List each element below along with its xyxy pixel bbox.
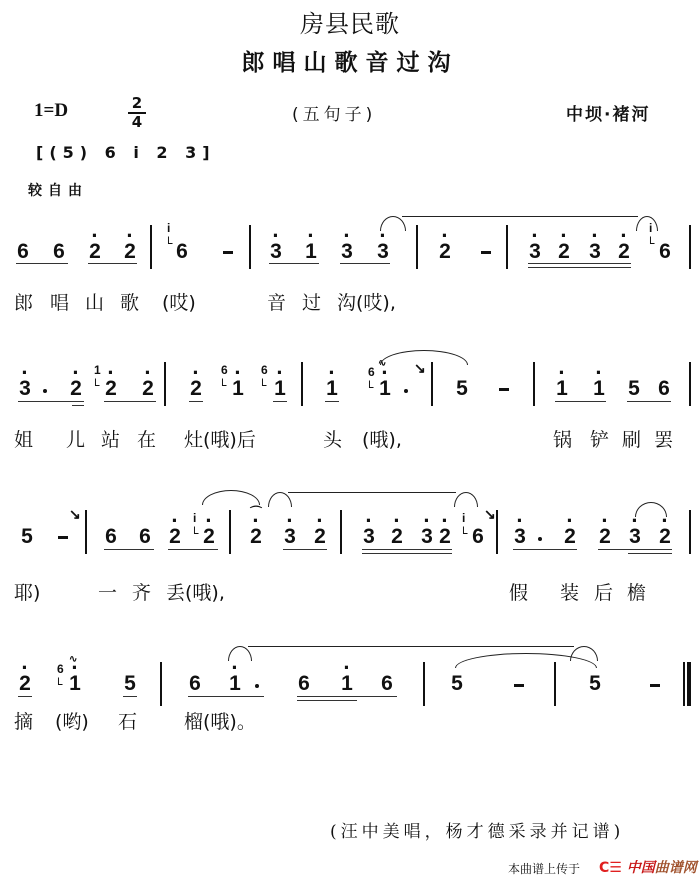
note: 6 (657, 377, 671, 401)
logo-name-b: 曲谱网 (655, 860, 697, 876)
note: 5 (588, 672, 602, 696)
lyric: 在 (137, 425, 156, 452)
note: 3 (376, 240, 390, 264)
tempo-marking: 较自由 (28, 180, 88, 200)
note: 3 (588, 240, 602, 264)
time-signature: 2 4 (128, 96, 146, 130)
note: 5 (450, 672, 464, 696)
grace-note: iᒪ (193, 512, 199, 538)
note: 5 (627, 377, 641, 401)
song-form: (五句子) (292, 100, 376, 125)
note: 1 (304, 240, 318, 264)
grace-note: 6ᒪ (368, 366, 375, 392)
note: 1 (273, 377, 287, 401)
lyric: 山 (85, 288, 104, 315)
note: 6 (297, 672, 311, 696)
lyric: 石 (118, 707, 137, 734)
lyric: 后 (594, 578, 613, 605)
lyric: 灶(哦)后 (184, 425, 256, 452)
note: 2 (123, 240, 137, 264)
glide-arrow-icon: ↘ (484, 508, 496, 520)
lyric: 过 (302, 288, 321, 315)
lyric: 铲 (590, 425, 609, 452)
note: 6 (658, 240, 672, 264)
upload-text: 本曲谱上传于 (508, 860, 580, 877)
sustain-dash (58, 536, 68, 539)
note: 2 (88, 240, 102, 264)
note: 1 (378, 377, 392, 401)
note: 3 (269, 240, 283, 264)
grace-note: 1ᒪ (94, 364, 101, 390)
note: 2 (617, 240, 631, 264)
lyric: 榴(哦)。 (184, 707, 256, 734)
note: 6 (138, 525, 152, 549)
note: 3 (420, 525, 434, 549)
lyric: 音 (267, 288, 286, 315)
note: 3 (283, 525, 297, 549)
time-bottom: 4 (132, 113, 142, 131)
lyric: 假 (509, 578, 528, 605)
origin-place: 中坝·褚河 (566, 100, 650, 125)
note: 6 (52, 240, 66, 264)
lyric: (哟) (55, 707, 89, 734)
grace-note: iᒪ (167, 222, 173, 248)
note: 3 (362, 525, 376, 549)
grace-note: 6ᒪ (261, 364, 268, 390)
note: 1 (555, 377, 569, 401)
note: 2 (390, 525, 404, 549)
grace-note: iᒪ (462, 512, 468, 538)
lyric: 檐 (627, 578, 646, 605)
note: 2 (249, 525, 263, 549)
note: 2 (104, 377, 118, 401)
note: 2 (313, 525, 327, 549)
lyric: (哦), (362, 425, 402, 452)
key-signature: 1=D (34, 100, 68, 122)
note: 5 (123, 672, 137, 696)
note: 6 (175, 240, 189, 264)
note: 6 (104, 525, 118, 549)
grace-note: 6ᒪ (57, 663, 64, 689)
note: 2 (563, 525, 577, 549)
note: 3 (513, 525, 527, 549)
note: 5 (455, 377, 469, 401)
note: 2 (557, 240, 571, 264)
intro-phrase: [(5) 6 i 2 3] (36, 143, 216, 162)
lyric: 歌 (120, 288, 139, 315)
glide-arrow-icon: ↘ (414, 362, 426, 374)
site-logo[interactable]: C☰ 中国曲谱网 (599, 857, 697, 877)
lyric: 刷 (622, 425, 641, 452)
note: 1 (340, 672, 354, 696)
note: 1 (592, 377, 606, 401)
note: 6 (380, 672, 394, 696)
note: 6 (471, 525, 485, 549)
lyric: 姐 (14, 425, 33, 452)
sustain-dash (514, 684, 524, 687)
credit-text: (汪中美唱，杨才德采录并记谱) (330, 817, 624, 842)
lyric: 沟(哎), (337, 288, 396, 315)
note: 1 (231, 377, 245, 401)
song-title: 郎唱山歌音过沟 (0, 44, 700, 77)
note: 2 (202, 525, 216, 549)
note: 3 (528, 240, 542, 264)
lyric: 站 (101, 425, 120, 452)
sustain-dash (499, 388, 509, 391)
grace-note: iᒪ (649, 222, 655, 248)
note: 2 (598, 525, 612, 549)
note: 2 (141, 377, 155, 401)
lyric: (哎) (162, 288, 196, 315)
note: 5 (20, 525, 34, 549)
lyric: 郎 (14, 288, 33, 315)
note: 3 (18, 377, 32, 401)
note: 3 (628, 525, 642, 549)
sustain-dash (481, 251, 491, 254)
note: 1 (325, 377, 339, 401)
note: 6 (188, 672, 202, 696)
lyric: 罢 (654, 425, 673, 452)
lyric: 儿 (66, 425, 85, 452)
logo-icon: C☰ (599, 860, 622, 876)
note: 2 (18, 672, 32, 696)
lyric: 丢(哦), (166, 578, 225, 605)
sustain-dash (223, 251, 233, 254)
lyric: 一 (98, 578, 117, 605)
note: 2 (438, 525, 452, 549)
lyric: 锅 (553, 425, 572, 452)
time-top: 2 (132, 94, 142, 112)
note: 1 (68, 672, 82, 696)
note: 1 (228, 672, 242, 696)
lyric: 耶) (14, 578, 40, 605)
lyric: 摘 (14, 707, 33, 734)
lyric: 头 (323, 425, 342, 452)
note: 2 (189, 377, 203, 401)
glide-arrow-icon: ↘ (69, 508, 81, 520)
sustain-dash (650, 684, 660, 687)
collection-title: 房县民歌 (0, 4, 700, 39)
note: 2 (168, 525, 182, 549)
note: 2 (658, 525, 672, 549)
note: 2 (438, 240, 452, 264)
lyric: 装 (560, 578, 579, 605)
note: 2 (69, 377, 83, 401)
logo-name-a: 中国 (627, 860, 655, 876)
lyric: 齐 (132, 578, 151, 605)
grace-note: 6ᒪ (221, 364, 228, 390)
note: 3 (340, 240, 354, 264)
note: 6 (16, 240, 30, 264)
lyric: 唱 (50, 288, 69, 315)
